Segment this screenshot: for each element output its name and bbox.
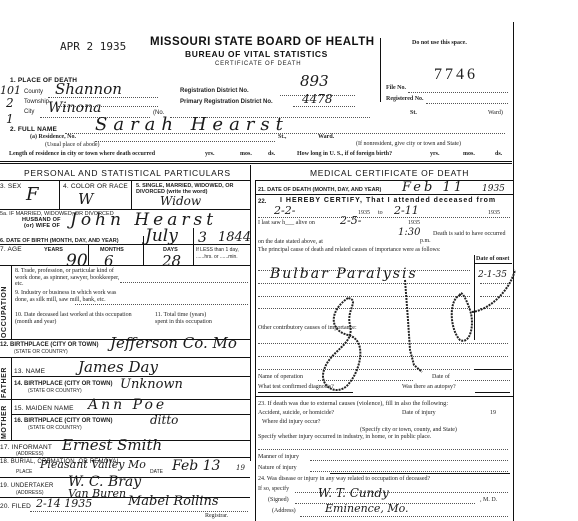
registration-district-label: Registration District No. <box>180 88 249 94</box>
father-side-div <box>11 358 12 400</box>
principal-cause-label: The principal cause of death and related… <box>258 247 441 253</box>
father-birthplace-value: Unknown <box>120 377 183 392</box>
age-label: 7. AGE <box>0 246 22 253</box>
specify-industry-line <box>258 449 508 450</box>
bureau-subtitle: BUREAU OF VITAL STATISTICS <box>185 49 328 59</box>
sex-label: 3. SEX <box>0 183 21 190</box>
death-time-suffix: p.m. <box>420 238 431 244</box>
date-of-death-value: Feb 11 <box>402 180 465 195</box>
city-label: City <box>24 109 34 115</box>
burial-date-label: DATE <box>150 469 163 475</box>
mother-birthplace-value: ditto <box>150 413 178 427</box>
file-no-label: File No. <box>386 85 406 91</box>
attended-line <box>258 217 510 218</box>
header-divider <box>380 38 381 102</box>
spouse-right-div <box>250 181 251 461</box>
attended-to-label: to <box>378 210 383 216</box>
specify-industry-label: Specify whether injury occurred in indus… <box>258 434 431 440</box>
color-value: W <box>78 190 93 208</box>
filed-line <box>30 511 248 512</box>
accident-label: Accident, suicide, or homicide? <box>258 410 334 416</box>
nonresident-note: (If nonresident, give city or town and S… <box>356 141 461 147</box>
registered-no-label: Registered No. <box>386 96 424 102</box>
how-long-us-label: How long in U. S., if of foreign birth? <box>297 151 392 157</box>
where-injury-label: Where did injury occur? <box>262 419 320 425</box>
occupation-11: 11. Total time (years) spent in this occ… <box>155 312 215 325</box>
last-saw-label: I last saw h___ alive on <box>258 220 315 226</box>
margin-code-3: 1 <box>6 112 14 126</box>
attended-from: 2-2- <box>274 204 295 217</box>
residence-sub: (Usual place of abode) <box>45 142 99 148</box>
filed-value: 2-14 1935 <box>36 497 92 510</box>
do-not-use-note: Do not use this space. <box>412 40 467 46</box>
county-label: County <box>24 89 43 95</box>
burial-date-value: Feb 13 <box>172 458 220 474</box>
undertaker-sub: (ADDRESS) <box>16 490 44 496</box>
occupation-9: 9. Industry or business in which work wa… <box>15 290 120 303</box>
father-birthplace-sub: (STATE OR COUNTRY) <box>28 388 82 394</box>
primary-registration-line <box>293 106 355 107</box>
date-of-onset-label: Date of onset <box>476 256 509 262</box>
us-mos-label: mos. <box>463 151 475 157</box>
burial-place-value: Pleasant Valley Mo <box>40 458 146 471</box>
age-div-1 <box>88 245 89 265</box>
md-label: , M. D. <box>480 497 497 503</box>
occupation-related-label: 24. Was disease or injury in any way rel… <box>258 476 430 482</box>
spouse-value: John Hearst <box>70 210 217 230</box>
st-label: St. <box>410 110 417 116</box>
residence-yrs-label: yrs. <box>205 151 215 157</box>
residence-ds-label: ds. <box>268 151 275 157</box>
occupation-side-label: OCCUPATION <box>1 268 8 338</box>
cause-line-2 <box>258 283 470 284</box>
manner-line <box>310 460 508 461</box>
certificate-label: CERTIFICATE OF DEATH <box>215 61 301 67</box>
mother-side-label: MOTHER <box>1 401 8 439</box>
marital-value: Widow <box>160 194 201 208</box>
principal-cause-value: Bulbar Paralysis <box>270 266 418 282</box>
occupation-side-div <box>11 265 12 340</box>
row3-div-2 <box>131 181 132 209</box>
medical-section-title: MEDICAL CERTIFICATE OF DEATH <box>310 168 469 178</box>
injury-year-prefix: 19 <box>490 410 496 416</box>
city-value: Winona <box>48 100 101 116</box>
attended-to: 2-11 <box>394 204 419 217</box>
us-yrs-label: yrs. <box>430 151 440 157</box>
residence-ward-label: Ward. <box>318 134 334 140</box>
father-side-label: FATHER <box>1 360 8 398</box>
informant-value: Ernest Smith <box>62 436 162 454</box>
operation-label: Name of operation <box>258 374 303 380</box>
received-date-stamp: APR 2 1935 <box>60 40 126 53</box>
certify-num: 22. <box>258 199 266 205</box>
ward-label: Ward) <box>488 110 503 116</box>
last-saw-year: 1935 <box>408 220 420 226</box>
days-value: 28 <box>162 252 181 270</box>
margin-code-2: 2 <box>6 96 14 110</box>
age-div-2 <box>143 236 144 265</box>
file-no-line <box>408 92 508 93</box>
birthplace-label: 12. BIRTHPLACE (CITY OR TOWN) <box>0 342 98 348</box>
residence-label: (a) Residence, No. <box>30 134 76 140</box>
birthplace-value: Jefferson Co. Mo <box>110 334 237 352</box>
occupation-8-line <box>120 282 248 283</box>
registrar-signature: Mabel Rollins <box>128 494 219 509</box>
filed-label: 20. FILED <box>0 503 31 510</box>
onset-value: 2-1-35 <box>478 270 507 280</box>
registered-no-line <box>426 103 508 104</box>
less-than-day-label: If LESS than 1 day, ......hrs. or ......… <box>196 247 248 261</box>
date-of-injury-label: Date of injury <box>402 410 436 416</box>
external-causes-label: 23. If death was due to external causes … <box>258 400 448 407</box>
primary-registration-label: Primary Registration District No. <box>180 99 273 105</box>
full-name-value: Sarah Hearst <box>95 114 289 135</box>
dob-month: July <box>145 226 178 246</box>
father-name-value: James Day <box>78 358 158 376</box>
dod-underline <box>255 194 513 195</box>
address-line <box>300 516 508 517</box>
residence-mos-label: mos. <box>240 151 252 157</box>
full-name-label: 2. FULL NAME <box>10 126 57 133</box>
personal-section-title: PERSONAL AND STATISTICAL PARTICULARS <box>24 168 231 178</box>
section-divider-top <box>0 161 512 164</box>
primary-registration-value: 4478 <box>302 92 333 106</box>
death-time: 1:30 <box>398 227 420 238</box>
registration-district-value: 893 <box>300 72 329 90</box>
row3-div-1 <box>59 181 60 209</box>
informant-label: 17. INFORMANT <box>0 444 52 451</box>
nature-of-injury-label: Nature of injury <box>258 465 297 471</box>
father-birthplace-label: 14. BIRTHPLACE (CITY OR TOWN) <box>14 381 112 387</box>
undertaker-label: 19. UNDERTAKER <box>0 483 54 489</box>
burial-place-label: PLACE <box>16 469 32 475</box>
if-so-label: If so, specify <box>258 486 289 492</box>
burial-year-suffix: 19 <box>236 464 245 472</box>
medical-head-underline <box>255 180 513 181</box>
mother-maiden-underline <box>11 414 250 415</box>
death-said-label: Death is said to have occurred on the da… <box>258 230 508 246</box>
dob-year: 1844 <box>218 230 251 245</box>
residence-line <box>95 141 275 142</box>
sex-value: F <box>26 184 39 205</box>
mother-side-div <box>11 400 12 440</box>
address-label: (Address) <box>272 508 296 514</box>
nature-line <box>310 471 508 472</box>
medical-left-border <box>255 181 256 521</box>
onset-head-underline <box>474 263 512 264</box>
signed-label: (Signed) <box>268 497 289 503</box>
mother-maiden-label: 15. MAIDEN NAME <box>14 405 74 412</box>
township-label: Township <box>24 99 49 105</box>
county-line <box>48 97 158 98</box>
registrar-label: Registrar. <box>205 513 228 519</box>
residence-st-label: St., <box>278 134 286 140</box>
last-saw-value: 2-5- <box>340 214 361 227</box>
document-title: MISSOURI STATE BOARD OF HEALTH <box>150 36 375 48</box>
manner-of-injury-label: Manner of injury <box>258 454 299 460</box>
personal-head-underline <box>0 180 250 181</box>
where-injury-sub: (Specify city or town, county, and State… <box>360 427 457 433</box>
onset-line-2 <box>480 283 510 284</box>
handwritten-overlay-810 <box>310 290 510 400</box>
physician-signature: W. T. Cundy <box>318 486 389 500</box>
physician-address: Eminence, Mo. <box>325 502 409 515</box>
occupation-8: 8. Trade, profession, or particular kind… <box>15 268 120 288</box>
us-ds-label: ds. <box>495 151 502 157</box>
date-of-death-year: 1935 <box>482 184 505 194</box>
father-name-label: 13. NAME <box>14 368 45 375</box>
date-of-death-label: 21. DATE OF DEATH (MONTH, DAY, AND YEAR) <box>258 187 381 193</box>
attended-to-year: 1935 <box>488 210 500 216</box>
color-label: 4. COLOR OR RACE <box>63 183 128 190</box>
spouse-label-3: (or) WIFE OF <box>24 223 60 229</box>
row7-underline <box>0 265 250 266</box>
file-number: 7746 <box>434 66 478 84</box>
county-value: Shannon <box>55 80 122 98</box>
row6-underline <box>0 244 250 245</box>
occupation-10: 10. Date deceased last worked at this oc… <box>15 312 133 325</box>
mother-birthplace-label: 16. BIRTHPLACE (CITY OR TOWN) <box>14 418 112 424</box>
personal-head-divider <box>250 165 251 181</box>
mother-birthplace-sub: (STATE OR COUNTRY) <box>28 425 82 431</box>
mother-maiden-value: Ann Poe <box>88 397 167 413</box>
length-of-residence-label: Length of residence in city or town wher… <box>9 151 155 157</box>
years-label: YEARS <box>44 247 63 253</box>
certify-label: I HEREBY CERTIFY, That I attended deceas… <box>280 197 496 204</box>
nature-underline <box>330 473 510 474</box>
age-div-3 <box>193 228 194 265</box>
birthplace-sub: (STATE OR COUNTRY) <box>14 349 68 355</box>
occupation-9-line <box>75 304 248 305</box>
